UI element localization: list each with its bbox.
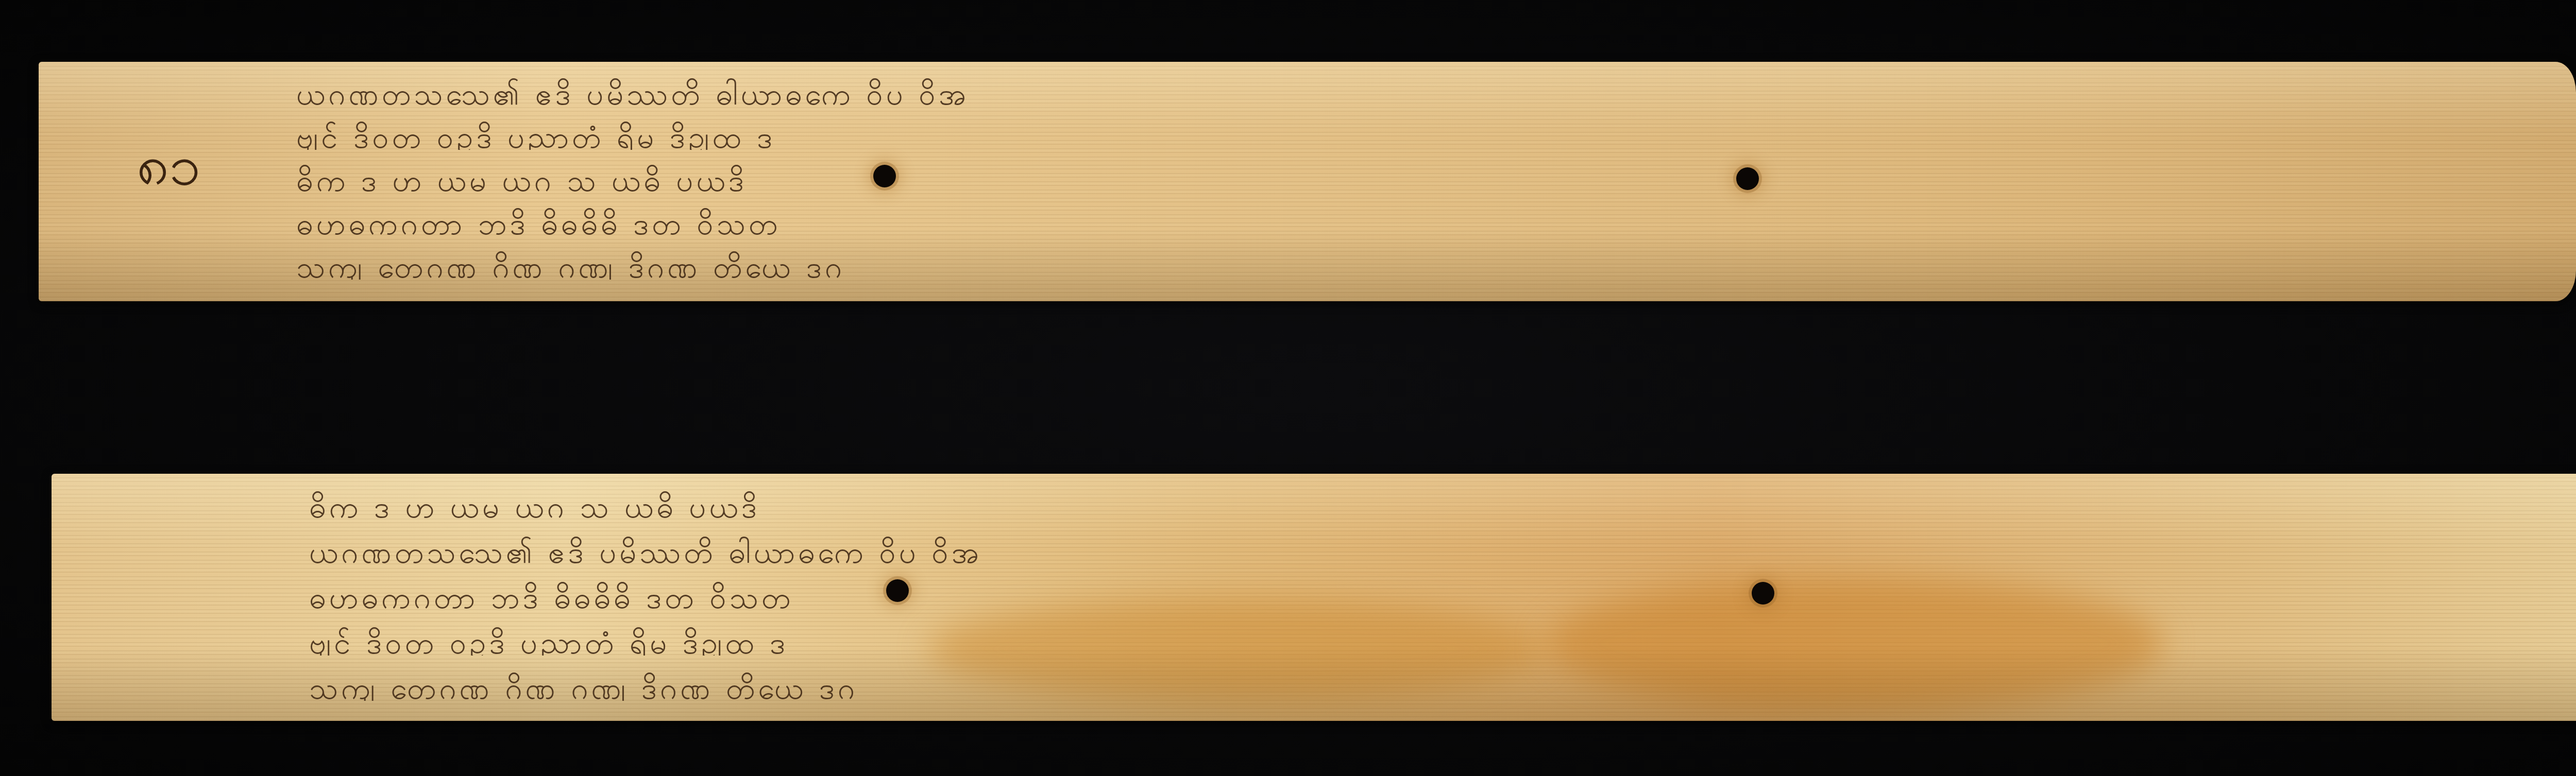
text-line: ဓိကု ဒု ဟု ယုမ ယုဂ္ဂ သူ ယုဓ္ဓိ ပယုဒ္ဓိ <box>296 162 2357 193</box>
text-line: ဓိကု ဒု ဟု ယုမ ယုဂ္ဂ သူ ယုဓ္ဓိ ပယုဒ္ဓိ <box>309 489 2370 520</box>
string-hole-left <box>873 165 896 187</box>
text-line: ဓုဟဓကဂုတာ ဘူဒ္ဓိ ဓိဓုဓိဓိ ဒူတ ဝိသတ <box>296 205 2357 236</box>
leaf-number: ၈၁ <box>137 129 201 212</box>
text-line: သကျ တေဂဏ ဂိဏ္ဍ ဂဏ္ဍု ဒိဂုဏ္ဍ တိယေ ဒဂ <box>296 249 2357 280</box>
inscribed-text-block: ယဂုဏ္ဍတသသေ၏ ဧဒိ ပမိဿတ္တိ ဓါယာဓကေ ဝိပ ဝိအ… <box>296 72 2357 288</box>
text-line: သကျ တေဂဏ ဂိဏ္ဍ ဂဏ္ဍု ဒိဂုဏ္ဍ တိယေ ဒဂ <box>309 670 2370 701</box>
text-line: ယဂုဏ္ဍတသသေ၏ ဧဒိ ပမိဿတ္တိ ဓါယာဓကေ ဝိပ ဝိအ <box>296 76 2357 107</box>
text-line: ဓုဟဓကဂုတာ ဘူဒ္ဓိ ဓိဓုဓိဓိ ဒူတ ဝိသတ <box>309 579 2370 610</box>
text-line: ဗျင် ဒိဝတ ဝဍ္ဍဒွိ ပညာတံ ရိမ ဒိဍ္ဍုထု ဒူ <box>296 119 2357 150</box>
text-line: ဗျင် ဒိဝတ ဝဍ္ဍဒွိ ပညာတံ ရိမ ဒိဍ္ဍုထု ဒူ <box>309 625 2370 656</box>
palm-leaf-bottom: ဓိကု ဒု ဟု ယုမ ယုဂ္ဂ သူ ယုဓ္ဓိ ပယုဒ္ဓိ ယ… <box>52 474 2576 721</box>
string-hole-right <box>1736 167 1759 190</box>
string-hole-left <box>886 579 909 602</box>
palm-leaf-top: ၈၁ ယဂုဏ္ဍတသသေ၏ ဧဒိ ပမိဿတ္တိ ဓါယာဓကေ ဝိပ … <box>39 62 2576 301</box>
text-line: ယဂုဏ္ဍတသသေ၏ ဧဒိ ပမိဿတ္တိ ဓါယာဓကေ ဝိပ ဝိအ <box>309 534 2370 565</box>
string-hole-right <box>1752 582 1774 605</box>
inscribed-text-block: ဓိကု ဒု ဟု ယုမ ယုဂ္ဂ သူ ယုဓ္ဓိ ပယုဒ္ဓိ ယ… <box>309 484 2370 711</box>
